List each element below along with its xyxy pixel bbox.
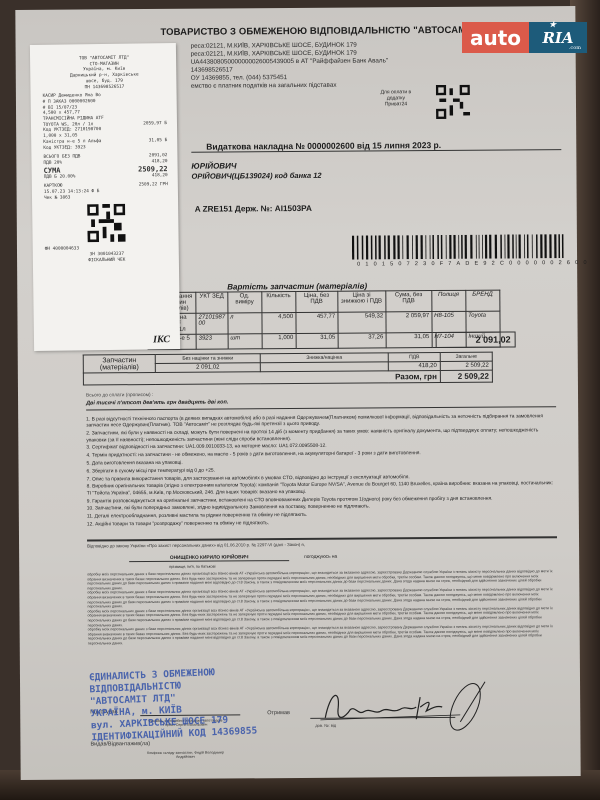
parts-cell-sum: 31,05 — [386, 333, 432, 348]
receipt-check-no: Чек № 3863 — [44, 194, 168, 201]
receipt-line-label: Код УКТЗЕД: 3923 — [43, 145, 85, 151]
autoria-logo-right: ★ RIA .com — [529, 22, 587, 53]
parts-cell-code: 27101987 00 — [196, 313, 228, 334]
terms-list: 1. В разі відсутності технічного паспорт… — [86, 414, 557, 530]
amount-words: Дві тисячі п'ятсот дев'ять грн двадцять … — [86, 399, 228, 406]
fiscal-receipt: ТОВ "АВТОСАМІТ ЛТД"СТО-МАГАЗИНУкраїна, м… — [30, 43, 180, 351]
parts-column-header: Ціна зі знижкою і ПДВ — [337, 291, 385, 312]
parts-cell-qty: 4,500 — [262, 313, 296, 334]
summary-value: 2 509,22 — [440, 361, 492, 370]
summary-row-label: Запчастин (матеріалів) — [83, 354, 155, 373]
receipt-qr-icon — [87, 204, 126, 243]
customer-details: ОРІЙОВИЧ(ЦБ139024) код банка 12 — [191, 171, 321, 181]
parts-column-header: Од. виміру — [227, 292, 261, 313]
tax-number: 143698526517 — [191, 66, 233, 73]
company-name: ТОВАРИСТВО З ОБМЕЖЕНОЮ ВІДПОВІДАЛЬНІСТЮ … — [160, 25, 501, 38]
parts-cell-brand: Toyota — [466, 311, 500, 332]
barcode-icon — [352, 234, 567, 260]
autoria-logo-left: auto — [462, 22, 529, 53]
vehicle-info: A ZRE151 Держ. №: AI1503PA — [195, 204, 312, 214]
terms-item: 8. Виробник оригінальних товарів (згідно… — [87, 482, 557, 498]
parts-column-header: УКТ ЗЕД — [196, 292, 228, 313]
receipt-payment-amount: 2509,22 ГРН — [139, 182, 168, 188]
amount-words-label: Всього до сплати (прописом) : — [86, 393, 153, 398]
customer-name: ЮРІЙОВИЧ — [191, 161, 236, 170]
terms-item: 2. Запчастини, які були у наявності на с… — [86, 428, 556, 444]
address-legal: реса:02121, М.КИЇВ, ХАРКІВСЬКЕ ШОСЕ, БУД… — [191, 42, 357, 50]
total-value: 2 509,22 — [440, 370, 492, 382]
summary-header: ПДВ — [388, 353, 440, 362]
divider — [86, 406, 556, 410]
barcode-number: 0101507230F7ADE92C0000002600 — [357, 260, 592, 268]
parts-column-header: БРЕНД — [465, 290, 499, 311]
parts-cell-price: 457,77 — [296, 312, 338, 333]
summary-table: Запчастин (матеріалів) Без націнки та зн… — [83, 352, 493, 386]
parts-cell-price: 31,05 — [296, 333, 338, 348]
parts-column-header: Сума, без ПДВ — [385, 291, 431, 312]
parts-cell-shelf: H8-105 — [432, 311, 466, 332]
consent-heading: Відповідно до закону України «Про захист… — [87, 542, 305, 549]
terms-item: 12. Акційні товари та товари "розпродажу… — [87, 519, 557, 529]
parts-cell-unit: шт — [228, 334, 262, 349]
receipt-line-value: 31,05 Б — [149, 138, 168, 144]
edrpou-phone: ОУ 14369855, тел. (044) 5375451 — [191, 74, 287, 82]
receipt-vat: ПДВ Б 20.00% 418,20 — [44, 173, 168, 180]
receipt-line-value: 2059,97 Б — [143, 121, 167, 127]
ikc-logo: IКС — [153, 337, 170, 343]
parts-column-header: Ціна, без ПДВ — [295, 291, 337, 312]
parts-column-header: Полиця — [431, 290, 465, 311]
autoria-logo-text: RIA — [542, 29, 573, 47]
parts-cell-sum: 2 059,97 — [386, 312, 432, 333]
summary-header: Загальне — [440, 352, 492, 361]
signature-icon — [320, 677, 490, 748]
receipt-line: Код УКТЗЕД: 3923 — [43, 144, 167, 151]
parts-subtotal: 2 091,02 — [436, 331, 516, 348]
parts-cell-price-disc-vat: 549,32 — [338, 312, 386, 333]
consent-name-caption: прізвище, ім'я, по батькові — [169, 565, 215, 569]
bank-account: UA443808050000000026005439005 в АТ "Райф… — [191, 57, 388, 65]
parts-cell-unit: л — [228, 313, 262, 334]
privat24-note: Для оплати в додатку Приват24 — [376, 89, 416, 107]
parts-cell-qty: 1,000 — [262, 334, 296, 349]
parts-cell-price-disc-vat: 37,26 — [338, 333, 386, 348]
receipt-type: ФІСКАЛЬНИЙ ЧЕК — [45, 257, 169, 264]
receipt-vat-value: 418,20 — [152, 173, 168, 179]
receipt-header-line: ПН 143698526517 — [42, 84, 166, 91]
autoria-watermark: auto ★ RIA .com — [462, 22, 587, 53]
received-label: Отримав — [267, 710, 290, 716]
address-actual: реса:02121, М.КИЇВ, ХАРКІВСЬКЕ ШОСЕ, БУД… — [191, 50, 357, 58]
consent-agree: погоджуюсь на — [304, 555, 337, 560]
issued-caption: Комірник складу запчастин, Федій Володим… — [145, 751, 225, 760]
qr-code-icon — [436, 85, 470, 119]
receipt-vat-label: ПДВ Б 20.00% — [44, 174, 76, 180]
total-label: Разом, грн — [83, 371, 440, 385]
parts-cell-code: 3923 — [196, 334, 228, 349]
company-stamp: ЄДИНАЛИСТЬ З ОБМЕЖЕНОЮВІДПОВІДАЛЬНІСТЮ"А… — [89, 665, 258, 744]
consent-name: ОНИЩЕНКО КИРИЛО ЮРІЙОВИЧ — [129, 555, 289, 562]
consent-paragraph: обробку моїх персональних даних з бази п… — [88, 624, 558, 646]
summary-value: 418,20 — [388, 362, 440, 371]
receipt-sum-label: СУМА — [44, 166, 61, 174]
star-icon: ★ — [549, 19, 556, 29]
parts-column-header: Кількість — [261, 292, 295, 313]
divider — [87, 536, 557, 541]
autoria-domain: .com — [569, 45, 581, 51]
tax-status: емство є платник податків на загальних п… — [191, 82, 337, 90]
